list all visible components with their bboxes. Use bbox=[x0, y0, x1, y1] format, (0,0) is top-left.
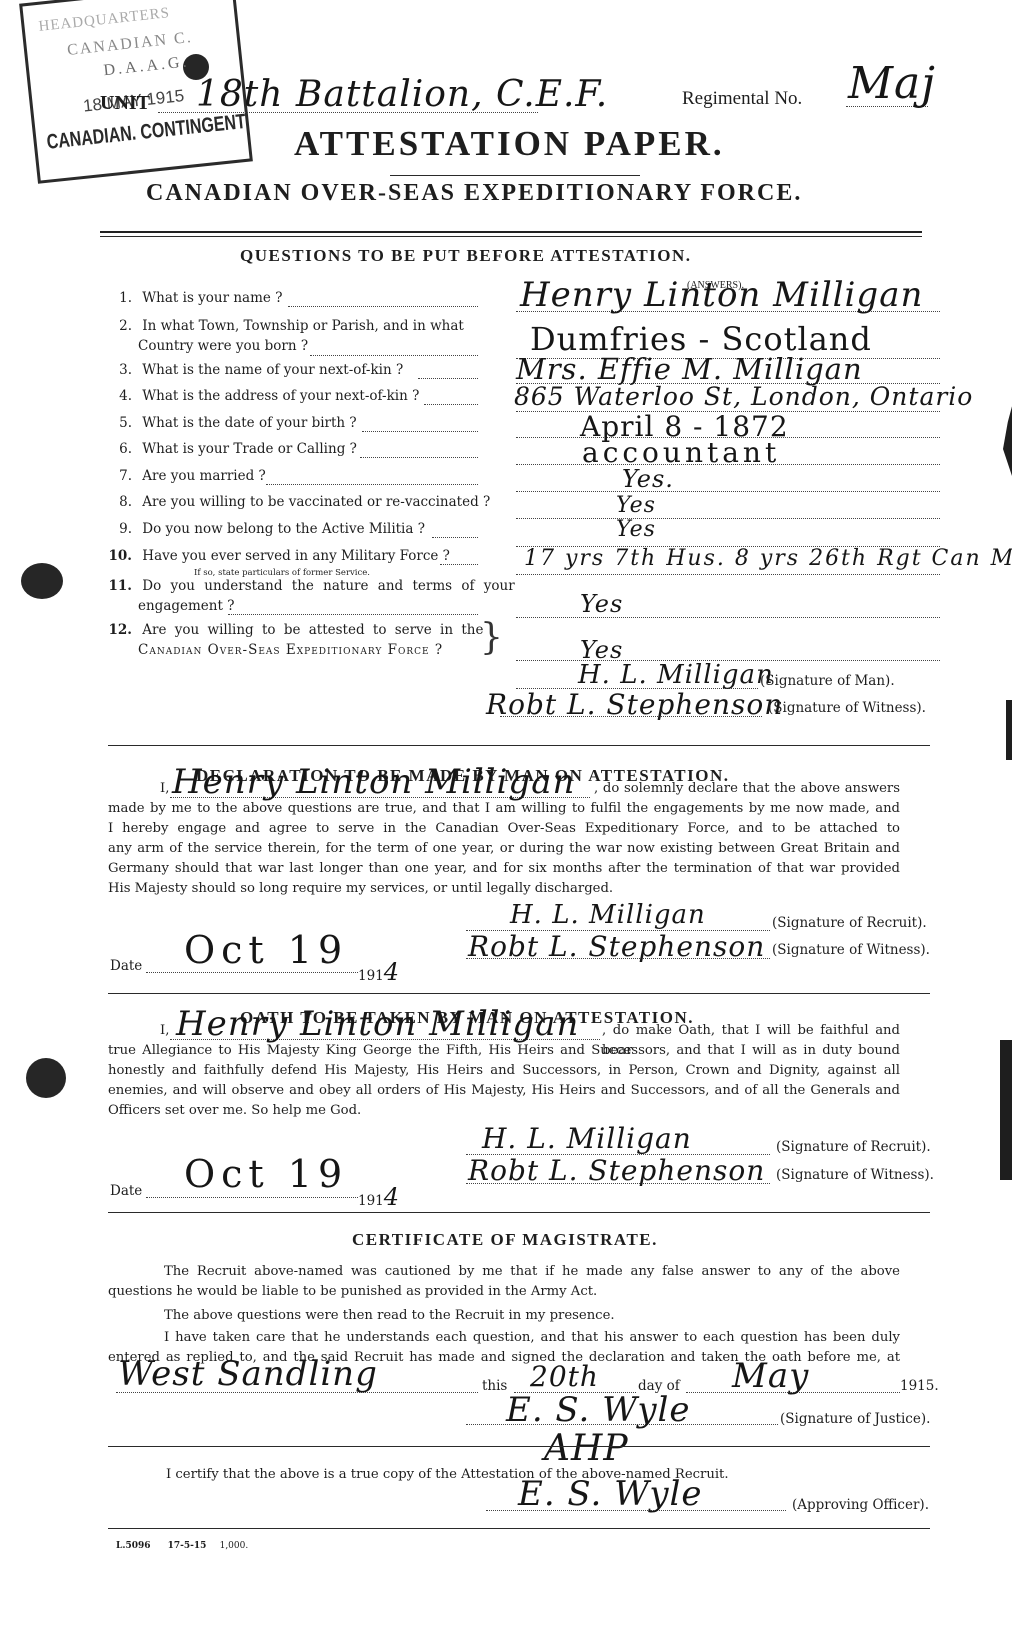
answer-7: Yes. bbox=[622, 465, 674, 493]
question-5: 5. What is the date of your birth ? bbox=[108, 415, 357, 431]
document-subtitle: CANADIAN OVER-SEAS EXPEDITIONARY FORCE. bbox=[146, 180, 802, 207]
signature-of-justice-label: (Signature of Justice). bbox=[780, 1411, 930, 1427]
certificate-p2: The above questions were then read to th… bbox=[164, 1306, 615, 1326]
declaration-signature-recruit: H. L. Milligan bbox=[510, 900, 706, 930]
unit-label: UNIT bbox=[100, 92, 150, 115]
answer-8: Yes bbox=[616, 493, 656, 518]
form-footer: L.5096 17-5-15 1,000. bbox=[116, 1541, 248, 1551]
header-rule-2 bbox=[100, 236, 922, 237]
signature-of-witness: Robt L. Stephenson bbox=[486, 688, 783, 721]
answer-6: accountant bbox=[582, 436, 780, 469]
torn-edge bbox=[1003, 395, 1012, 485]
oath-name: Henry Linton Milligan bbox=[176, 1004, 579, 1044]
certificate-heading: CERTIFICATE OF MAGISTRATE. bbox=[352, 1230, 658, 1250]
print-quantity: 1,000. bbox=[220, 1541, 249, 1551]
question-10-note: If so, state particulars of former Servi… bbox=[194, 568, 370, 578]
stamp-line1: HEADQUARTERS bbox=[38, 5, 171, 36]
question-7: 7. Are you married ? bbox=[108, 468, 266, 484]
punch-hole bbox=[26, 1058, 66, 1098]
brace-icon: } bbox=[480, 620, 503, 656]
section-rule bbox=[108, 993, 930, 994]
torn-edge bbox=[1000, 1040, 1012, 1180]
oath-body: true Allegiance to His Majesty King Geor… bbox=[108, 1041, 900, 1121]
approving-officer-label: (Approving Officer). bbox=[792, 1497, 929, 1513]
certificate-place: West Sandling bbox=[118, 1354, 378, 1394]
declaration-signature-witness: Robt L. Stephenson bbox=[468, 930, 765, 963]
answer-10: 17 yrs 7th Hus. 8 yrs 26th Rgt Can Mil bbox=[524, 546, 1012, 571]
questions-heading: QUESTIONS TO BE PUT BEFORE ATTESTATION. bbox=[240, 246, 692, 266]
question-8: 8. Are you willing to be vaccinated or r… bbox=[108, 494, 490, 510]
print-date: 17-5-15 bbox=[168, 1541, 207, 1551]
question-2: 2. In what Town, Township or Parish, and… bbox=[108, 318, 464, 334]
question-11-line2: engagement ? bbox=[138, 598, 234, 614]
declaration-signature-witness-label: (Signature of Witness). bbox=[772, 942, 930, 958]
signature-of-man: H. L. Milligan bbox=[578, 660, 774, 690]
certificate-this-label: this bbox=[482, 1378, 507, 1394]
oath-date-label: Date bbox=[110, 1183, 142, 1199]
oath-first-line: I, bbox=[160, 1021, 169, 1041]
unit-value: 18th Battalion, C.E.F. bbox=[196, 74, 608, 115]
answer-3: Mrs. Effie M. Milligan bbox=[516, 352, 863, 386]
question-2-line2: Country were you born ? bbox=[138, 338, 308, 354]
declaration-first-text: , do solemnly declare that the above ans… bbox=[594, 779, 900, 799]
punch-hole bbox=[21, 563, 63, 599]
regimental-no-label: Regimental No. bbox=[682, 88, 802, 110]
certificate-p1: The Recruit above-named was cautioned by… bbox=[108, 1262, 900, 1302]
title-rule bbox=[390, 175, 640, 176]
certificate-month: May bbox=[732, 1356, 809, 1396]
signature-of-man-label: (Signature of Man). bbox=[760, 673, 895, 689]
declaration-signature-recruit-label: (Signature of Recruit). bbox=[772, 915, 927, 931]
certificate-year: 1915. bbox=[900, 1378, 939, 1394]
answer-4: 865 Waterloo St, London, Ontario bbox=[514, 382, 973, 411]
document-title: ATTESTATION PAPER. bbox=[294, 124, 725, 164]
question-6: 6. What is your Trade or Calling ? bbox=[108, 441, 357, 457]
certificate-day: 20th bbox=[530, 1360, 599, 1393]
oath-signature-witness-label: (Signature of Witness). bbox=[776, 1167, 934, 1183]
oath-year: 1914 bbox=[358, 1183, 400, 1211]
question-1: 1. What is your name ? bbox=[108, 290, 282, 306]
stamp-line5: CANADIAN. CONTINGENT bbox=[46, 111, 247, 155]
question-12-line2: Canadian Over-Seas Expeditionary Force ? bbox=[138, 642, 443, 658]
question-9: 9. Do you now belong to the Active Milit… bbox=[108, 521, 425, 537]
section-rule bbox=[108, 745, 930, 746]
signature-approving-officer: E. S. Wyle bbox=[518, 1474, 703, 1514]
section-rule bbox=[108, 1446, 930, 1447]
oath-signature-recruit-label: (Signature of Recruit). bbox=[776, 1139, 931, 1155]
answer-9: Yes bbox=[616, 517, 656, 542]
header-rule bbox=[100, 231, 922, 233]
stamp-line3: D.A.A.G. bbox=[103, 53, 191, 80]
answer-11: Yes bbox=[580, 590, 623, 618]
oath-signature-recruit: H. L. Milligan bbox=[482, 1122, 692, 1155]
declaration-name: Henry Linton Milligan bbox=[172, 762, 575, 802]
signature-of-justice: E. S. Wyle bbox=[506, 1390, 691, 1430]
section-rule bbox=[108, 1212, 930, 1213]
regimental-no-value: Maj bbox=[848, 58, 936, 109]
question-11: 11. Do you understand the nature and ter… bbox=[108, 578, 515, 594]
question-12: 12. Are you willing to be attested to se… bbox=[108, 622, 483, 638]
answer-1: Henry Linton Milligan bbox=[520, 275, 923, 315]
declaration-date-value: Oct 19 bbox=[184, 928, 348, 972]
declaration-body: made by me to the above questions are tr… bbox=[108, 799, 900, 899]
initials: AHP bbox=[544, 1428, 629, 1469]
declaration-year: 1914 bbox=[358, 958, 400, 986]
torn-edge bbox=[1006, 700, 1012, 760]
signature-of-witness-label: (Signature of Witness). bbox=[768, 700, 926, 716]
question-10: 10. Have you ever served in any Military… bbox=[108, 548, 450, 564]
oath-signature-witness: Robt L. Stephenson bbox=[468, 1154, 765, 1187]
form-number: L.5096 bbox=[116, 1541, 151, 1551]
question-4: 4. What is the address of your next-of-k… bbox=[108, 388, 419, 404]
question-3: 3. What is the name of your next-of-kin … bbox=[108, 362, 403, 378]
section-rule bbox=[108, 1528, 930, 1529]
declaration-date-label: Date bbox=[110, 958, 142, 974]
oath-date-value: Oct 19 bbox=[184, 1152, 348, 1196]
